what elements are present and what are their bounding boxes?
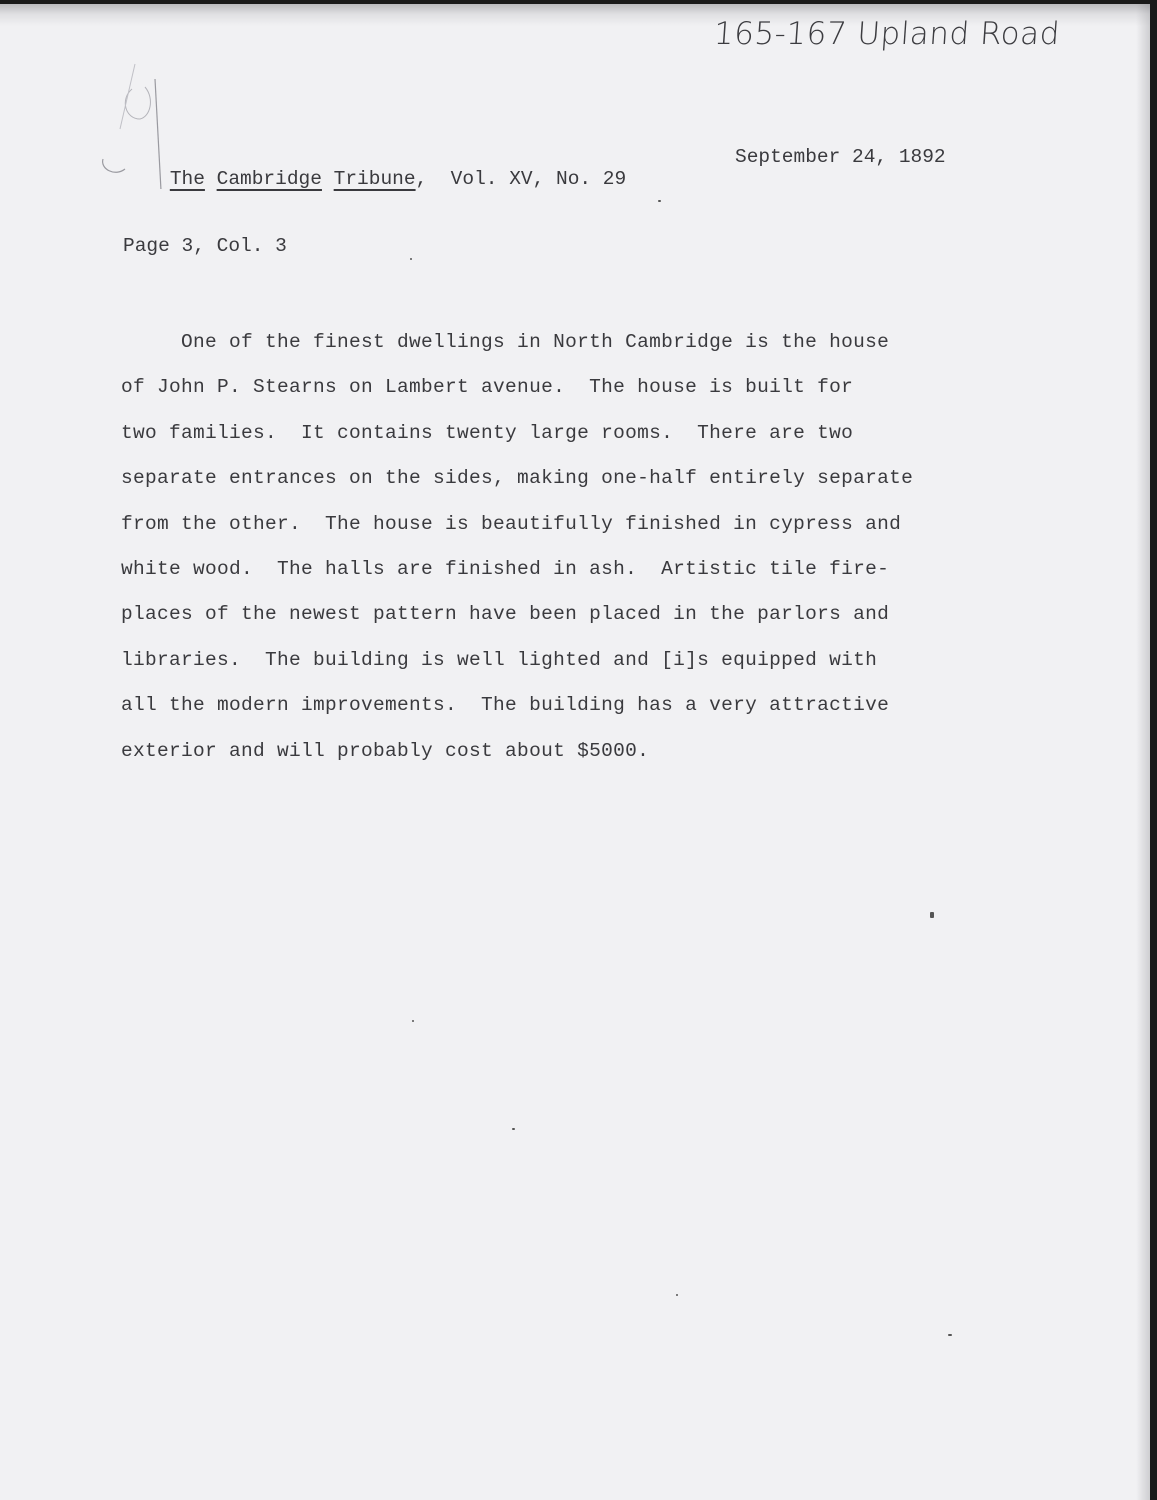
article-body: One of the finest dwellings in North Cam… <box>121 327 913 781</box>
page-column-reference: Page 3, Col. 3 <box>123 235 287 257</box>
article-line: two families. It contains twenty large r… <box>121 418 913 463</box>
document-page: 165-167 Upland Road The Cambridge Tribun… <box>0 4 1150 1500</box>
article-line: from the other. The house is beautifully… <box>121 509 913 554</box>
article-line: One of the finest dwellings in North Cam… <box>121 327 913 372</box>
ink-speck <box>410 258 412 260</box>
newspaper-title-tribune: Tribune <box>334 168 416 190</box>
newspaper-title-the: The <box>170 168 205 190</box>
ink-speck <box>658 200 661 202</box>
ink-speck <box>512 1128 515 1130</box>
publication-date: September 24, 1892 <box>735 146 946 168</box>
article-line: places of the newest pattern have been p… <box>121 599 913 644</box>
title-comma: , <box>416 168 428 190</box>
newspaper-title-cambridge: Cambridge <box>217 168 322 190</box>
citation-header: The Cambridge Tribune, Vol. XV, No. 29 S… <box>123 146 626 234</box>
ink-speck <box>930 912 934 918</box>
article-line: exterior and will probably cost about $5… <box>121 736 913 781</box>
article-line: white wood. The halls are finished in as… <box>121 554 913 599</box>
ink-speck <box>676 1294 678 1296</box>
ink-speck <box>948 1334 952 1336</box>
handwritten-address: 165-167 Upland Road <box>713 16 1061 52</box>
article-line: all the modern improvements. The buildin… <box>121 690 913 735</box>
article-line: of John P. Stearns on Lambert avenue. Th… <box>121 372 913 417</box>
volume-issue: Vol. XV, No. 29 <box>427 168 626 190</box>
article-line: separate entrances on the sides, making … <box>121 463 913 508</box>
ink-speck <box>412 1020 414 1022</box>
article-line: libraries. The building is well lighted … <box>121 645 913 690</box>
